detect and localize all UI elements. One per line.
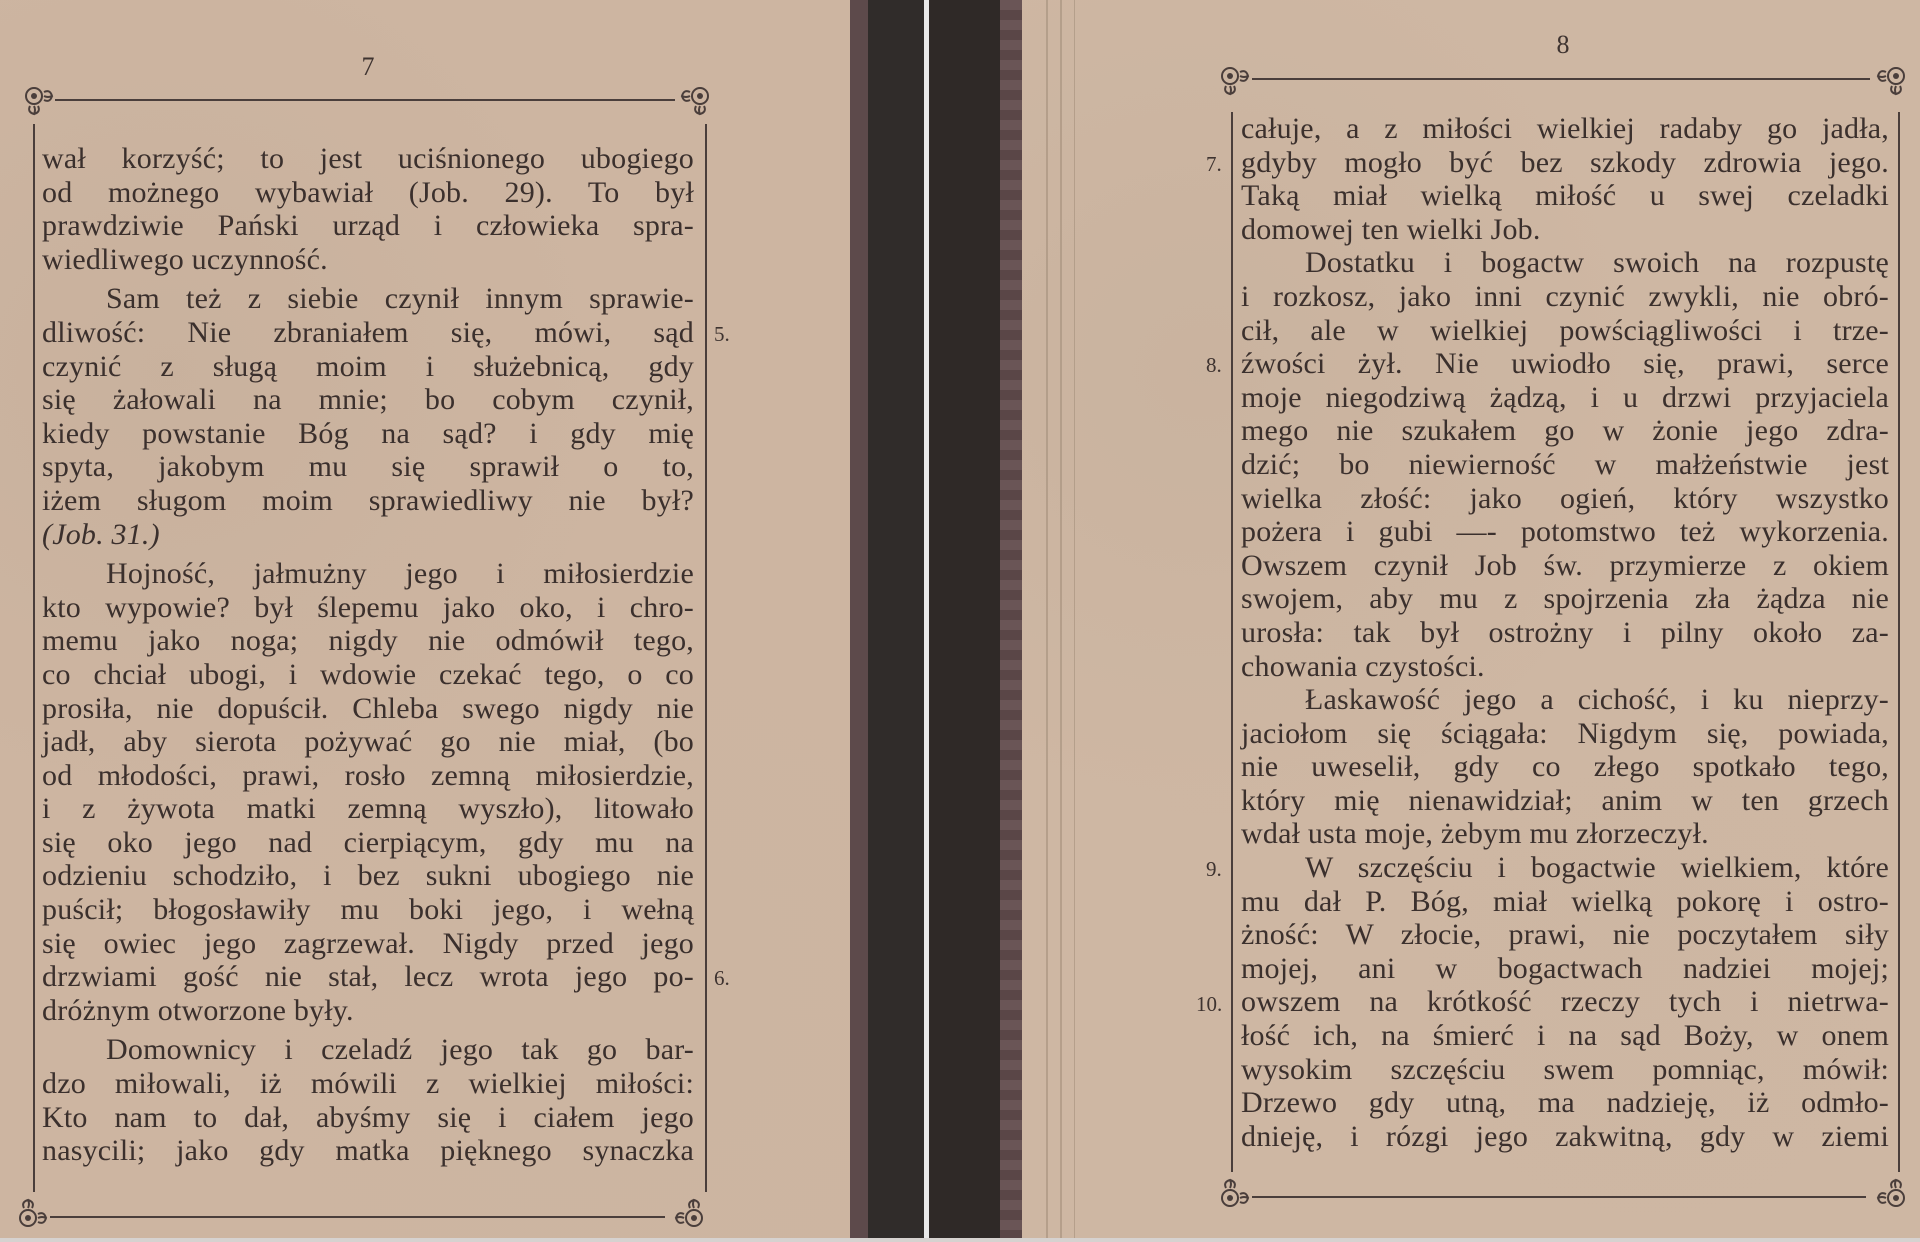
text-line: swojem, aby mu z spojrzenia zła żądza ni… <box>1241 582 1889 616</box>
text-line: się żałowali na mnie; bo cobym czynił, <box>42 383 694 417</box>
text-line: prawdziwie Pański urząd i człowieka spra… <box>42 209 694 243</box>
text-line: całuje, a z miłości wielkiej radaby go j… <box>1241 112 1889 146</box>
bottom-rule <box>1252 1196 1866 1198</box>
corner-ornament-icon <box>16 1190 56 1230</box>
verse-number: 9. <box>1206 857 1222 882</box>
page-number: 7 <box>362 52 375 82</box>
text-line: (Job. 31.) <box>42 518 694 552</box>
text-line: dzo miłowali, iż mówili z wielkiej miłoś… <box>42 1067 694 1101</box>
text-line: odzieniu schodziło, i bez sukni ubogiego… <box>42 859 694 893</box>
text-line: dróżnym otworzone były. <box>42 994 694 1028</box>
gutter-fold-line <box>1046 0 1048 1238</box>
text-line: dzić; bo niewierność w małżeństwie jest <box>1241 448 1889 482</box>
verse-number: 10. <box>1196 992 1222 1017</box>
binding-shadow-right <box>929 0 1000 1238</box>
text-line: który mię nienawidział; anim w ten grzec… <box>1241 784 1889 818</box>
bottom-rule <box>50 1216 665 1218</box>
text-line: od młodości, prawi, rosło zemną miłosier… <box>42 759 694 793</box>
text-line: kiedy powstanie Bóg na sąd? i gdy mię <box>42 417 694 451</box>
text-line: mego nie szukałem go w żonie jego zdra- <box>1241 414 1889 448</box>
text-line: drzwiami gość nie stał, lecz wrota jego … <box>42 960 694 994</box>
text-line: i rozkosz, jako inni czynić zwykli, nie … <box>1241 280 1889 314</box>
left-page: 7 wał korzyść; to jest uciśnionego ubogi… <box>0 0 850 1238</box>
left-border <box>1231 112 1233 1172</box>
scan-bottom-edge <box>0 1238 1920 1242</box>
text-line: dliwość: Nie zbraniałem się, mówi, sąd <box>42 316 694 350</box>
corner-ornament-icon <box>1868 1170 1908 1210</box>
verse-number: 8. <box>1206 353 1222 378</box>
text-line: jadł, aby sierota pożywać go nie miał, (… <box>42 725 694 759</box>
text-line: Łaskawość jego a cichość, i ku nieprzy- <box>1241 683 1889 717</box>
text-line: Taką miał wielką miłość u swej czeladki <box>1241 179 1889 213</box>
text-line: prosiła, nie dopuścił. Chleba swego nigd… <box>42 692 694 726</box>
text-line: Domownicy i czeladź jego tak go bar- <box>42 1033 694 1067</box>
text-line: memu jako noga; nigdy nie odmówił tego, <box>42 624 694 658</box>
text-line: domowej ten wielki Job. <box>1241 213 1889 247</box>
binding-edge-right <box>1000 0 1022 1238</box>
text-line: i z żywota matki zemną wyszło), litowało <box>42 792 694 826</box>
page-body-text: wał korzyść; to jest uciśnionego ubogieg… <box>42 142 694 1168</box>
text-line: cił, ale w wielkiej powściągliwości i tr… <box>1241 314 1889 348</box>
text-line: jaciołom się ściągała: Nigdym się, powia… <box>1241 717 1889 751</box>
top-rule <box>1252 78 1870 80</box>
verse-number: 6. <box>714 966 730 991</box>
text-line: moje niegodziwą żądzą, i u drzwi przyjac… <box>1241 381 1889 415</box>
text-line: urosła: tak był ostrożny i pilny około z… <box>1241 616 1889 650</box>
text-line: Kto nam to dał, abyśmy się i ciałem jego <box>42 1101 694 1135</box>
corner-ornament-icon <box>1868 64 1908 104</box>
page-body-text: całuje, a z miłości wielkiej radaby go j… <box>1241 112 1889 1153</box>
binding-edge-left <box>850 0 868 1238</box>
text-line: się oko jego nad cierpiącym, gdy mu na <box>42 826 694 860</box>
text-line: wiedliwego uczynność. <box>42 243 694 277</box>
corner-ornament-icon <box>1218 64 1258 104</box>
top-rule <box>55 99 675 101</box>
text-line: owszem na krótkość rzeczy tych i nietrwa… <box>1241 985 1889 1019</box>
text-line: Drzewo gdy utną, ma nadzieję, iż odmło- <box>1241 1086 1889 1120</box>
text-line: iżem sługom moim sprawiedliwy nie był? <box>42 484 694 518</box>
text-line: łość ich, na śmierć i na sąd Boży, w one… <box>1241 1019 1889 1053</box>
text-line: W szczęściu i bogactwie wielkiem, które <box>1241 851 1889 885</box>
gutter-fold-line <box>1060 0 1062 1238</box>
verse-number: 5. <box>714 322 730 347</box>
text-line: mojej, ani w bogactwach nadziei mojej; <box>1241 952 1889 986</box>
text-line: mu dał P. Bóg, miał wielką pokorę i ostr… <box>1241 885 1889 919</box>
text-line: nasycili; jako gdy matka pięknego synacz… <box>42 1134 694 1168</box>
corner-ornament-icon <box>22 84 62 124</box>
text-line: wysokim szczęściu swem pomniąc, mówił: <box>1241 1053 1889 1087</box>
right-border <box>1898 112 1900 1172</box>
text-line: Hojność, jałmużny jego i miłosierdzie <box>42 557 694 591</box>
corner-ornament-icon <box>1218 1170 1258 1210</box>
right-border <box>705 124 707 1192</box>
text-line: źwości żył. Nie uwiodło się, prawi, serc… <box>1241 347 1889 381</box>
text-line: gdyby mogło być bez szkody zdrowia jego. <box>1241 146 1889 180</box>
text-line: pożera i gubi —- potomstwo też wykorzeni… <box>1241 515 1889 549</box>
text-line: od możnego wybawiał (Job. 29). To był <box>42 176 694 210</box>
text-line: Dostatku i bogactw swoich na rozpustę <box>1241 246 1889 280</box>
text-line: wielka złość: jako ogień, który wszystko <box>1241 482 1889 516</box>
gutter-fold-line <box>1074 0 1075 1238</box>
verse-number: 7. <box>1206 152 1222 177</box>
text-line: żność: W złocie, prawi, nie poczytałem s… <box>1241 918 1889 952</box>
text-line: wdał usta moje, żebym mu złorzeczył. <box>1241 817 1889 851</box>
text-line: dnieję, i rózgi jego zakwitną, gdy w zie… <box>1241 1120 1889 1154</box>
text-line: nie uweselił, gdy co złego spotkało tego… <box>1241 750 1889 784</box>
text-line: puścił; błogosławiły mu boki jego, i weł… <box>42 893 694 927</box>
text-line: czynić z sługą moim i służebnicą, gdy <box>42 350 694 384</box>
text-line: co chciał ubogi, i wdowie czekać tego, o… <box>42 658 694 692</box>
corner-ornament-icon <box>672 84 712 124</box>
text-line: chowania czystości. <box>1241 650 1889 684</box>
text-line: Sam też z siebie czynił innym sprawie- <box>42 282 694 316</box>
right-page: 8 całuje, a z miłości wielkiej radaby go… <box>1022 0 1920 1238</box>
text-line: się owiec jego zagrzewał. Nigdy przed je… <box>42 927 694 961</box>
left-border <box>33 124 35 1192</box>
text-line: wał korzyść; to jest uciśnionego ubogieg… <box>42 142 694 176</box>
page-number: 8 <box>1557 30 1570 60</box>
text-line: kto wypowie? był ślepemu jako oko, i chr… <box>42 591 694 625</box>
text-line: spyta, jakobym mu się sprawił o to, <box>42 450 694 484</box>
corner-ornament-icon <box>666 1190 706 1230</box>
binding-shadow-left <box>868 0 924 1238</box>
text-line: Owszem czynił Job św. przymierze z okiem <box>1241 549 1889 583</box>
